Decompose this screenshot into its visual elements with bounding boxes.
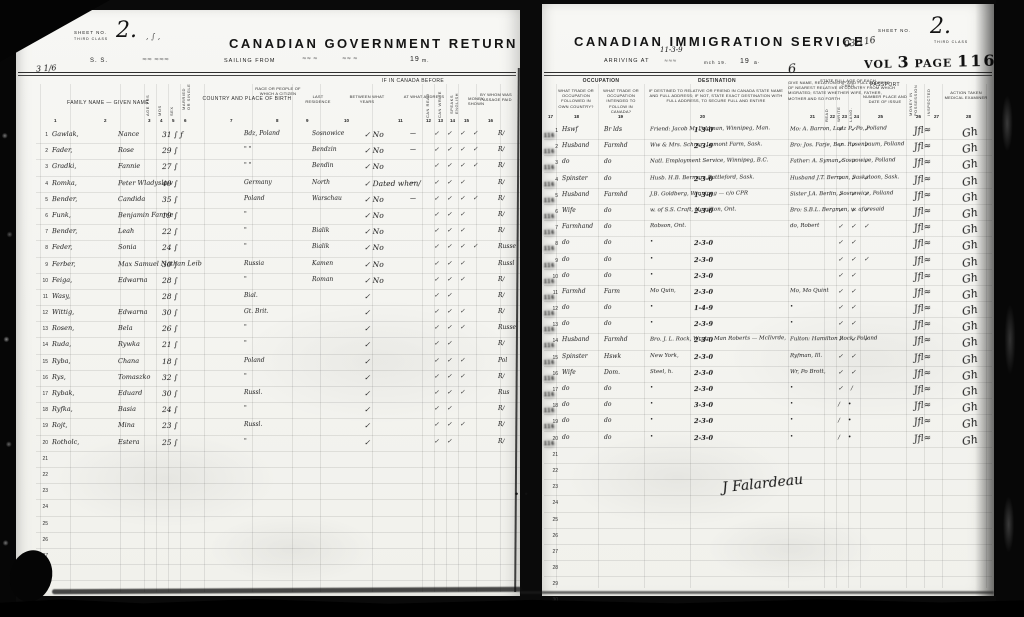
cell-ck: ∕ • [838,401,855,408]
grid-vline [644,84,645,588]
sheet-no-label: SHEET NO. [74,30,107,35]
cell-a: 18 ∫ [162,357,178,366]
cell-o1: Farmhand [562,223,593,230]
cell-c: ✓ ✓ ✓ [434,211,468,218]
grid-vline [446,84,447,592]
cell-mn: 1-3-0 [694,126,713,134]
column-number: 12 [426,118,431,123]
manifest-row: 16Rys,Tomaszko32 ∫"✓✓ ✓ ✓R∕ [36,371,520,387]
header-can-write: CAN WRITE [437,88,442,118]
month-note: mch 19. [704,60,727,65]
cell-o1: Spinster [562,352,588,359]
cell-d: — [410,195,416,202]
column-number: 22 [830,114,835,119]
row-number: 21 [36,456,48,462]
cell-o1: do [562,385,570,392]
column-number: 8 [276,118,279,123]
cell-st: 116 [544,182,555,188]
cell-mn: 3-3-0 [694,401,713,409]
cell-o1: do [562,158,570,165]
cell-ck: ✓ ✓ ✓ [838,223,872,230]
cell-mn: 2-3-0 [694,385,713,393]
cell-o2: do [604,417,612,424]
cell-mn: 1-3-0 [694,191,713,199]
cell-sg: Jfl≈ [914,368,932,380]
cell-mn: 2-3-0 [694,288,713,296]
cell-a: 30 ∫ [162,259,178,268]
header-married-single: MARRIED OR SINGLE [181,80,191,110]
cell-b: " [244,373,247,380]
cell-a: 28 ∫ [162,292,178,301]
cell-sg: Jfl≈ [914,238,932,250]
cell-ck: ✓ ✓ ✓ [838,142,872,149]
manifest-row: 25 [36,517,520,533]
row-number: 16 [36,375,48,381]
cell-c: ✓ ✓ ✓ [434,276,468,283]
header-trade-canada: WHAT TRADE OR OCCUPATION INTENDED TO FOL… [600,88,642,114]
column-number: 13 [438,118,443,123]
header-last-residence: LAST RESIDENCE [300,94,336,104]
grid-vline [788,84,789,588]
left-page: SHEET NO. THIRD CLASS 2. , ∫ , CANADIAN … [14,10,520,596]
column-number: 9 [306,118,309,123]
header-can-read: CAN READ [425,88,430,118]
cell-mn: 2-3-0 [694,174,713,182]
column-number: 20 [700,114,705,119]
ss-value: ≈≈ ≈≈≈ [142,56,169,63]
cell-ds: Bro. J. L. Rock, Wrgtn, Man Roberts — Mc… [650,336,786,343]
manifest-row: 21 [36,452,520,468]
cell-sg: Jfl≈ [914,158,932,170]
cell-c: ✓ ✓ ✓ [434,421,468,428]
cell-ck: ∕ • [838,417,855,424]
grid-vline [556,84,557,588]
manifest-row: 24 [36,500,520,516]
cell-n: ✓ [364,373,370,382]
row-number: 15 [36,359,48,365]
cell-n: ✓ [364,405,370,414]
cell-o1: do [562,434,570,441]
column-number: 3 [148,118,151,123]
right-sheet-no-value: 2. [930,14,951,39]
cell-f: Wasy, [52,292,70,300]
cell-ds: New York, [650,352,679,358]
cell-mn: 2-3-0 [694,239,713,247]
cell-b: " [244,340,247,347]
row-number: 11 [36,294,48,300]
gutter-dots: • • [515,489,530,499]
cell-f: Ryba, [52,357,71,365]
cell-n: ✓ No [364,243,384,252]
cell-o1: Husband [562,142,589,149]
cell-n: ✓ No [364,130,384,139]
page-label: PAGE [914,57,952,71]
cell-a: 30 ∫ [162,389,178,398]
cell-c: ✓ ✓ [434,437,455,444]
grid-vline [824,84,825,588]
cell-l: R∕ [498,130,505,137]
column-number: 10 [344,118,349,123]
right-sheet-no-label: SHEET NO. [878,28,911,33]
cell-n: ✓ [364,389,370,398]
cell-sg: Jfl≈ [914,255,932,267]
cell-o2: do [604,255,612,262]
header-trade-own-country: WHAT TRADE OR OCCUPATION FOLLOWED IN OWN… [556,88,596,109]
cell-b: Germany [244,178,272,185]
cell-d: — [410,130,416,137]
cell-sg: Jfl≈ [914,174,932,186]
right-page: CANADIAN IMMIGRATION SERVICE ARRIVING AT… [542,4,994,596]
cell-o2: do [604,401,612,408]
cell-ds: • [650,385,653,391]
cell-o2: do [604,320,612,327]
row-number: 8 [36,245,48,251]
cell-o1: Husband [562,336,589,343]
grid-vline [292,84,293,592]
cell-d: — [410,146,416,153]
cell-st: 116 [544,230,555,236]
cell-b: " [244,243,247,250]
arriving-blank: ≈≈≈ [664,58,677,64]
row-number: 20 [36,440,48,446]
cell-n: ✓ No [364,276,384,285]
cell-c: ✓ ✓ [434,292,455,299]
cell-rl: • [790,320,793,326]
sailing-from-label: SAILING FROM [224,58,275,64]
cell-ck: ✓ ∕ [838,385,856,392]
column-number: 25 [878,114,883,119]
sailing-blank-2: ≈≈ ≈ [342,56,358,62]
manifest-row: 2Fader,Rose29 ∫" "Bendzin✓ No—✓ ✓ ✓ ✓R∕ [36,144,520,160]
cell-b: Russl. [244,389,262,396]
cell-b: " [244,438,247,445]
cell-n: ✓ No [364,146,384,155]
grid-vline [156,84,157,592]
grid-vline [500,84,501,592]
cell-g: Max Samuel Nathan Leib [118,259,164,267]
cell-ck: ✓ ✓ ✓ [838,126,872,133]
left-scan-edge [0,0,16,617]
row-number: 14 [36,342,48,348]
column-number: 4 [160,118,163,123]
grid-vline [924,84,925,588]
cell-ck: ✓ ✓ ✓ [838,158,872,165]
left-column-numbers: 12345678910111213141516 [14,116,520,128]
cell-o1: do [562,304,570,311]
cell-a: 21 ∫ [162,340,178,349]
column-number: 23 [842,114,847,119]
cell-rl: • [790,385,793,391]
cell-ds: Robson, Ont. [650,223,686,229]
cell-o2: do [604,304,612,311]
cell-sg: Jfl≈ [914,222,932,234]
cell-st: 116 [544,295,555,301]
cell-mn: 2-3-0 [694,272,713,280]
manifest-row: 8Feder,Sonia24 ∫"Bialik✓ No✓ ✓ ✓ ✓Russe [36,241,520,257]
cell-l: R∕ [498,421,505,428]
row-number: 18 [36,407,48,413]
header-passport-detail: NUMBER PLACE AND DATE OF ISSUE [860,94,910,104]
cell-f: Gawlak, [52,130,79,138]
cell-o1: do [562,417,570,424]
cell-c: ✓ ✓ ✓ [434,178,468,185]
vol-label: VOL [864,58,893,71]
cell-sg: Jfl≈ [914,400,932,412]
sailing-blank-1: ≈≈ ≈ [302,56,318,62]
bottom-page-edge-right [520,591,994,594]
cell-c: ✓ ✓ ✓ [434,373,468,380]
vol-number: 3 [897,52,909,71]
cell-r: Bendzin [312,146,337,153]
cell-sg: Jfl≈ [914,190,932,202]
cell-o2: Hswk [604,353,621,360]
cell-ds: • [650,320,653,326]
cell-r: North [312,178,330,185]
cell-st: 116 [544,311,555,317]
grid-vline [372,84,373,592]
row-number: 7 [36,229,48,235]
cell-st: 116 [544,343,555,349]
cell-mn: 2-3-0 [694,417,713,425]
cell-b: " [244,276,247,283]
grid-vline [476,84,477,592]
cell-b: Bdz, Poland [244,130,280,137]
cell-st: 116 [544,279,555,285]
cell-c: ✓ ✓ ✓ [434,308,468,315]
cell-c: ✓ ✓ [434,340,455,347]
manifest-row: 9Ferber,Max Samuel Nathan Leib30 ∫Russia… [36,258,520,274]
arriving-at-label: ARRIVING AT [604,58,649,64]
cell-c: ✓ ✓ ✓ [434,227,468,234]
cell-o2: do [604,158,612,165]
cell-l: R∕ [498,276,505,283]
cell-r: Bendin [312,162,334,169]
cell-g: Rywka [118,340,140,348]
cell-st: 116 [544,149,555,155]
cell-c: ✓ ✓ ✓ [434,389,468,396]
cell-l: R∕ [498,227,505,234]
cell-st: 116 [544,198,555,204]
cell-g: Eduard [118,389,142,397]
row-number: 1 [36,132,48,138]
cell-f: Ruda, [52,340,71,348]
cell-rl: • [790,417,793,423]
header-destination: DESTINATION [662,78,772,84]
column-number: 7 [230,118,233,123]
cell-r: Kamen [312,259,333,266]
grid-vline [836,84,837,588]
cell-n: ✓ [364,438,370,447]
row-number: 2 [36,148,48,154]
cell-sg: Jfl≈ [914,384,932,396]
column-number: 19 [618,114,623,119]
cell-f: Rys, [52,373,66,381]
header-between-years: BETWEEN WHAT YEARS [344,94,390,104]
column-number: 21 [810,114,815,119]
cell-sg: Jfl≈ [914,287,932,299]
cell-mn: 2-3-0 [694,255,713,263]
cell-l: R∕ [498,373,505,380]
cell-a: 24 ∫ [162,243,178,252]
cell-mn: 2-3-0 [694,369,713,377]
grid-vline [204,84,205,592]
cell-r: Sosnowice [312,130,344,137]
cell-st: 116 [544,376,555,382]
cell-l: R∕ [498,438,505,445]
cell-l: R∕ [498,292,505,299]
cell-l: R∕ [498,308,505,315]
cell-f: Funk, [52,211,71,219]
cell-c: ✓ ✓ ✓ [434,259,468,266]
row-number: 5 [36,197,48,203]
cell-ck: ✓ ✓ ✓ [838,336,872,343]
row-number: 25 [36,521,48,527]
cell-st: 116 [544,214,555,220]
cell-n: ✓ No [364,195,384,204]
cell-l: R∕ [498,340,505,347]
column-number: 16 [488,118,493,123]
row-number: 19 [36,423,48,429]
cell-ck: ✓ ✓ ✓ [838,191,872,198]
grid-vline [320,84,321,592]
cell-g: Candida [118,195,145,203]
cell-l: R∕ [498,146,505,153]
cell-a: 30 ∫ [162,308,178,317]
cell-rl: • [790,401,793,407]
cell-b: " [244,324,247,331]
grid-vline [906,84,907,588]
cell-ds: • [650,417,653,423]
cell-o2: do [604,175,612,182]
cell-a: 40 ∫ [162,178,178,187]
arriving-year-suffix: a· [754,60,760,66]
cell-ds: • [650,255,653,261]
cell-o2: Br lds [604,126,622,133]
cell-f: Bender, [52,195,77,203]
cell-ds: • [650,239,653,245]
cell-o2: Farmhd [604,142,628,149]
column-number: 15 [464,118,469,123]
cell-a: 24 ∫ [162,405,178,414]
manifest-row: 26 [36,533,520,549]
header-passage-paid: BY WHOM WAS PASSAGE PAID [474,92,518,102]
cell-o1: do [562,239,570,246]
cell-f: Bender, [52,227,77,235]
cell-st: 116 [544,424,555,430]
cell-n: ✓ [364,357,370,366]
cell-mn: 2-3-0 [694,207,713,215]
grid-vline [252,84,253,592]
cell-ds: Natl. Employment Service, Winnipeg, B.C. [650,158,768,165]
cell-r: Warschau [312,195,342,202]
grid-vline [180,84,181,592]
cell-ds: • [650,304,653,310]
cell-ds: Steel, h. [650,369,673,375]
manifest-row: 6Funk,Benjamin Fannie19 ∫"✓ No✓ ✓ ✓R∕ [36,209,520,225]
cell-b: Poland [244,357,265,364]
cell-b: " [244,405,247,412]
manifest-row: 19Rojt,Mina23 ∫Russl.✓✓ ✓ ✓R∕ [36,419,520,435]
cell-b: " [244,211,247,218]
cell-st: 116 [544,392,555,398]
column-number: 1 [54,118,57,123]
header-sex: SEX [169,86,174,116]
cell-n: ✓ No [364,227,384,236]
cell-o1: do [562,272,570,279]
cell-c: ✓ ✓ ✓ [434,324,468,331]
cell-o2: Farmhd [604,336,628,343]
row-number: 17 [36,391,48,397]
cell-o1: Wife [562,207,576,214]
manifest-row: 23 [36,484,520,500]
cell-f: Ferber, [52,259,76,267]
cell-g: Peter Wladyslaw [118,178,164,186]
sailing-year-suffix: m. [422,58,430,64]
manifest-row: 27 [36,549,520,565]
cell-rl: Ryfman, Ill. [790,352,822,358]
cell-n: ✓ [364,340,370,349]
header-destination-detail: IF DESTINED TO RELATIVE OR FRIEND IN CAN… [648,88,784,104]
cell-ck: ✓ ✓ ✓ [838,207,872,214]
cell-o1: do [562,401,570,408]
cell-o1: Wife [562,369,576,376]
cell-st: 116 [544,441,555,447]
manifest-row: 11Wasy,28 ∫Bial.✓✓ ✓R∕ [36,290,520,306]
row-number: 22 [36,472,48,478]
manifest-row: 10Feiga,Edwarna28 ∫"Roman✓ No✓ ✓ ✓R∕ [36,274,520,290]
row-number: 10 [36,278,48,284]
cell-a: 35 ∫ [162,195,178,204]
column-number: 2 [104,118,107,123]
cell-n: ✓ [364,292,370,301]
manifest-row: 14Ruda,Rywka21 ∫"✓✓ ✓R∕ [36,338,520,354]
cell-g: Fannie [118,162,140,170]
hand-date: 11-3-9 [660,46,683,54]
cell-sg: Jfl≈ [914,206,932,218]
manifest-row: 28 [36,565,520,581]
cell-sg: Jfl≈ [914,319,932,331]
cell-sg: Jfl≈ [914,141,932,153]
row-number: 4 [36,181,48,187]
cell-o2: Farmhd [604,191,628,198]
cell-o2: do [604,207,612,214]
cell-st: 116 [544,408,555,414]
manifest-row: 3Gradki,Fannie27 ∫" "Bendin✓ No✓ ✓ ✓ ✓R∕ [36,160,520,176]
cell-f: Romka, [52,178,77,186]
row-number: 6 [36,213,48,219]
row-number: 13 [36,326,48,332]
cell-f: Gradki, [52,162,77,170]
cell-rl: Wr, Po Brott, [790,369,826,375]
cell-ck: ✓ ✓ ✓ [838,255,872,262]
cell-st: 116 [544,165,555,171]
cell-a: 22 ∫ [162,227,178,236]
cell-b: Gt. Brit. [244,308,269,315]
manifest-row: 13Rosen,Bela26 ∫"✓✓ ✓ ✓Russe [36,322,520,338]
cell-n: ✓ [364,324,370,333]
cell-d: — [410,179,416,186]
cell-l: R∕ [498,195,505,202]
right-sheet-class: THIRD CLASS [934,40,968,44]
cell-o2: do [604,239,612,246]
manifest-row: 17Rybak,Eduard30 ∫Russl.✓✓ ✓ ✓Rus [36,387,520,403]
header-race: RACE OR PEOPLE OF WHICH A CITIZEN [254,86,302,96]
grid-vline [434,84,435,592]
cell-o1: Husband [562,191,589,198]
cell-st: 116 [544,246,555,252]
row-number: 9 [36,262,48,268]
sheet-class-label: THIRD CLASS [74,37,108,41]
